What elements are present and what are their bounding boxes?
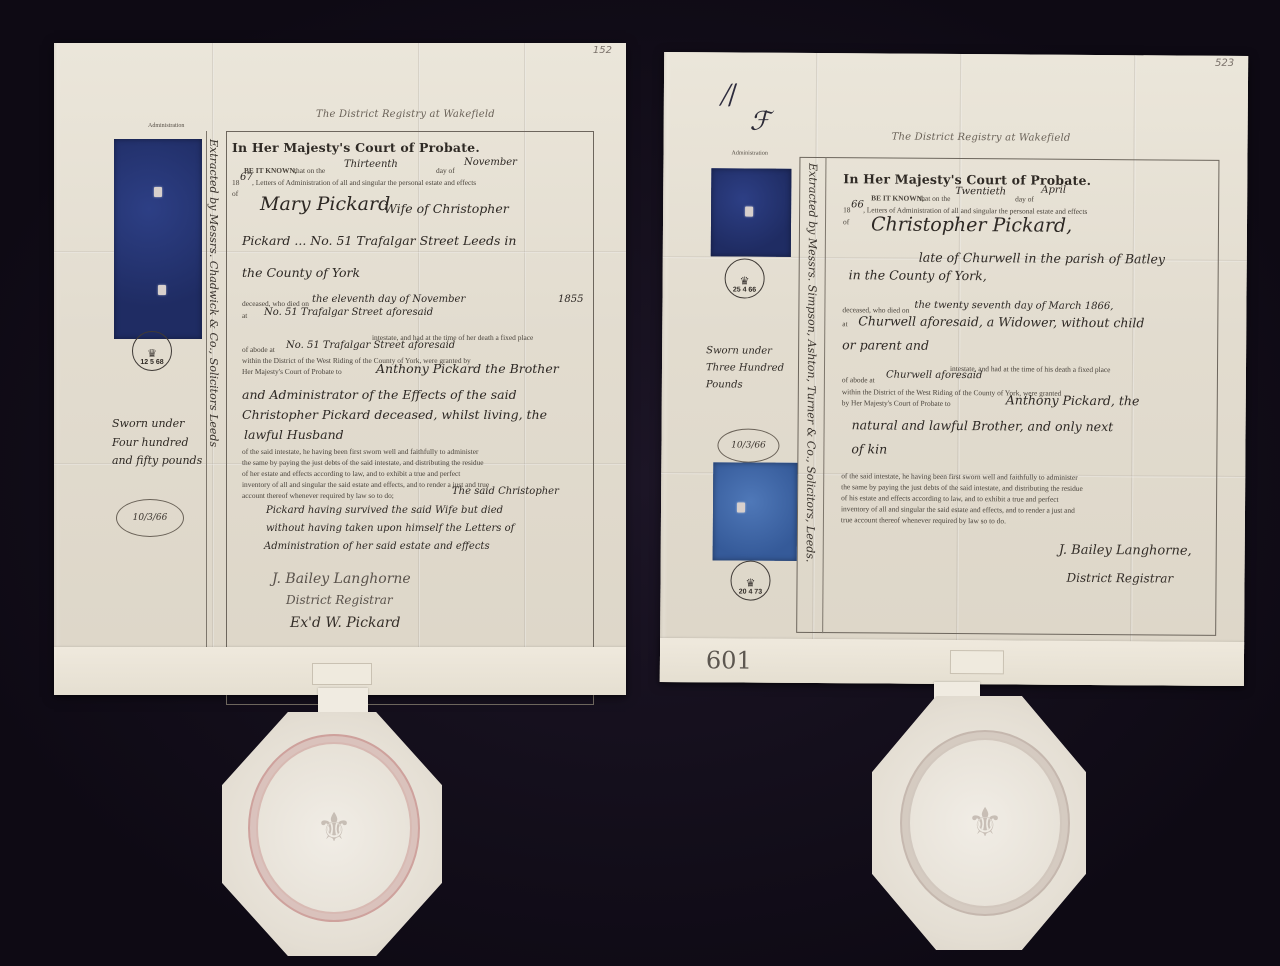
folio-number: 523 bbox=[1215, 58, 1234, 69]
vertical-extraction-note: Extracted by Messrs. Simpson, Ashton, Tu… bbox=[804, 163, 820, 563]
revenue-stamp-light bbox=[713, 462, 798, 561]
printed-text: of bbox=[232, 189, 238, 200]
postmark-date: 20 4 73 bbox=[739, 589, 762, 596]
registrar-signature: J. Bailey Langhorne, bbox=[1059, 543, 1192, 559]
vertical-extraction-note: Extracted by Messrs. Chadwick & Co., Sol… bbox=[207, 139, 220, 447]
grant-day: Twentieth bbox=[955, 186, 1006, 197]
sworn-value-note: Sworn under Four hundred and fifty pound… bbox=[112, 415, 202, 471]
postmark-stamp: ♛ 12 5 68 bbox=[132, 331, 172, 371]
death-place-2: or parent and bbox=[842, 337, 929, 353]
oath-line: true account thereof whenever required b… bbox=[841, 515, 1006, 527]
sworn-value-line: Sworn under bbox=[112, 415, 202, 434]
grant-month: April bbox=[1041, 185, 1066, 196]
sworn-value-line: Sworn under bbox=[706, 342, 784, 360]
examiner-signature: Ex'd W. Pickard bbox=[290, 615, 400, 631]
address-line-2: in the County of York, bbox=[849, 267, 987, 283]
left-probate-document: 152 Administration The District Registry… bbox=[54, 43, 626, 695]
letters-line: , Letters of Administration of all and s… bbox=[252, 178, 476, 189]
oval-stamp: 10/3/66 bbox=[116, 499, 184, 537]
royal-arms-icon: ⚜ bbox=[900, 730, 1070, 916]
stamp-perforation bbox=[154, 187, 162, 197]
printed-text: of abode at bbox=[242, 345, 275, 356]
printed-text: by Her Majesty's Court of Probate to bbox=[842, 398, 951, 409]
printed-text: at bbox=[242, 311, 247, 322]
court-title: In Her Majesty's Court of Probate. bbox=[232, 140, 480, 155]
grantee-line-2: natural and lawful Brother, and only nex… bbox=[852, 417, 1114, 434]
registry-heading: The District Registry at Wakefield bbox=[316, 109, 495, 120]
death-place: No. 51 Trafalgar Street aforesaid bbox=[264, 307, 433, 318]
sworn-value-note: Sworn under Three Hundred Pounds bbox=[706, 342, 784, 394]
postmark-stamp: ♛ 20 4 73 bbox=[730, 560, 770, 600]
stamp-perforation bbox=[745, 207, 753, 217]
year-prefix: 18 bbox=[843, 205, 850, 216]
revenue-stamp bbox=[711, 168, 792, 257]
printed-text: that on the bbox=[294, 166, 325, 177]
sworn-value-line: Four hundred bbox=[112, 434, 202, 453]
printed-text: of abode at bbox=[842, 375, 875, 386]
printed-text: day of bbox=[436, 166, 455, 177]
administration-label: Administration bbox=[148, 123, 184, 129]
sworn-value-line: Three Hundred bbox=[706, 359, 784, 377]
administration-label: Administration bbox=[731, 150, 767, 156]
oath-line: of her estate and effects according to l… bbox=[242, 469, 460, 480]
registrar-title: District Registrar bbox=[1066, 571, 1173, 586]
address-line-1: late of Churwell in the parish of Batley bbox=[919, 250, 1165, 267]
printed-text: that on the bbox=[919, 194, 950, 205]
death-year: 1855 bbox=[558, 294, 583, 305]
stamp-perforation bbox=[158, 285, 166, 295]
deceased-description: Wife of Christopher bbox=[384, 201, 509, 216]
death-date: the twenty seventh day of March 1866, bbox=[914, 300, 1113, 312]
death-place: Churwell aforesaid, a Widower, without c… bbox=[858, 313, 1144, 330]
flap-number: 601 bbox=[706, 646, 752, 674]
oath-line: of the said intestate, he having been fi… bbox=[242, 447, 478, 458]
sworn-value-line: Pounds bbox=[706, 376, 784, 394]
grantee-line-4: lawful Husband bbox=[244, 427, 344, 442]
printed-text: Her Majesty's Court of Probate to bbox=[242, 367, 342, 378]
crown-icon: ♛ bbox=[147, 348, 157, 359]
printed-text: of bbox=[843, 217, 849, 228]
postmark-stamp: ♛ 25 4 66 bbox=[724, 258, 764, 298]
be-it-known: BE IT KNOWN, bbox=[871, 193, 924, 204]
deceased-name: Christopher Pickard, bbox=[871, 213, 1072, 236]
pencil-mark: ⁄∕ bbox=[721, 80, 739, 112]
grantee-line-3: Christopher Pickard deceased, whilst liv… bbox=[242, 407, 547, 422]
crown-icon: ♛ bbox=[740, 276, 750, 287]
registrar-title: District Registrar bbox=[286, 593, 393, 607]
death-date: the eleventh day of November bbox=[312, 294, 465, 305]
seal-tab-slot bbox=[950, 650, 1004, 674]
oval-stamp: 10/3/66 bbox=[717, 428, 779, 462]
postmark-date: 12 5 68 bbox=[140, 359, 163, 366]
registrar-initials: ℱ bbox=[750, 107, 771, 137]
note-line-3: without having taken upon himself the Le… bbox=[266, 523, 514, 534]
deceased-name: Mary Pickard bbox=[260, 193, 390, 215]
address-line-2: the County of York bbox=[242, 265, 360, 280]
stamp-perforation bbox=[737, 502, 745, 512]
note-line-4: Administration of her said estate and ef… bbox=[264, 541, 490, 552]
registrar-signature: J. Bailey Langhorne bbox=[272, 571, 411, 587]
grantee-line-1: Anthony Pickard the Brother bbox=[376, 361, 559, 376]
sworn-value-line: and fifty pounds bbox=[112, 452, 202, 471]
grant-day: Thirteenth bbox=[344, 159, 398, 170]
registry-heading: The District Registry at Wakefield bbox=[892, 132, 1071, 144]
address-line-1: Pickard ... No. 51 Trafalgar Street Leed… bbox=[242, 233, 516, 248]
note-line-2: Pickard having survived the said Wife bu… bbox=[266, 505, 503, 516]
printed-text: at bbox=[842, 319, 847, 330]
grantee-line-1: Anthony Pickard, the bbox=[1006, 392, 1140, 408]
court-seal-right: ⚜ bbox=[872, 696, 1086, 950]
postmark-date: 25 4 66 bbox=[733, 286, 756, 293]
seal-tab-slot bbox=[312, 663, 372, 685]
revenue-stamp bbox=[114, 139, 202, 339]
oath-line: the same by paying the just debts of the… bbox=[242, 458, 484, 469]
year-prefix: 18 bbox=[232, 178, 239, 189]
grant-year: 67 bbox=[240, 172, 253, 183]
abode: No. 51 Trafalgar Street aforesaid bbox=[286, 340, 455, 351]
printed-text: day of bbox=[1015, 194, 1034, 205]
abode: Churwell aforesaid bbox=[886, 370, 983, 382]
court-seal-left: ⚜ bbox=[222, 712, 442, 956]
grantee-line-2: and Administrator of the Effects of the … bbox=[242, 387, 517, 402]
grant-month: November bbox=[464, 157, 517, 168]
note-line-1: The said Christopher bbox=[452, 486, 559, 497]
oath-line: account thereof whenever required by law… bbox=[242, 491, 394, 502]
royal-arms-icon: ⚜ bbox=[248, 734, 420, 922]
folio-number: 152 bbox=[593, 45, 612, 56]
right-probate-document: 523 ⁄∕ ℱ Administration The District Reg… bbox=[660, 52, 1248, 686]
crown-icon: ♛ bbox=[746, 578, 756, 589]
grant-year: 66 bbox=[851, 199, 864, 210]
grantee-line-3: of kin bbox=[851, 441, 887, 456]
